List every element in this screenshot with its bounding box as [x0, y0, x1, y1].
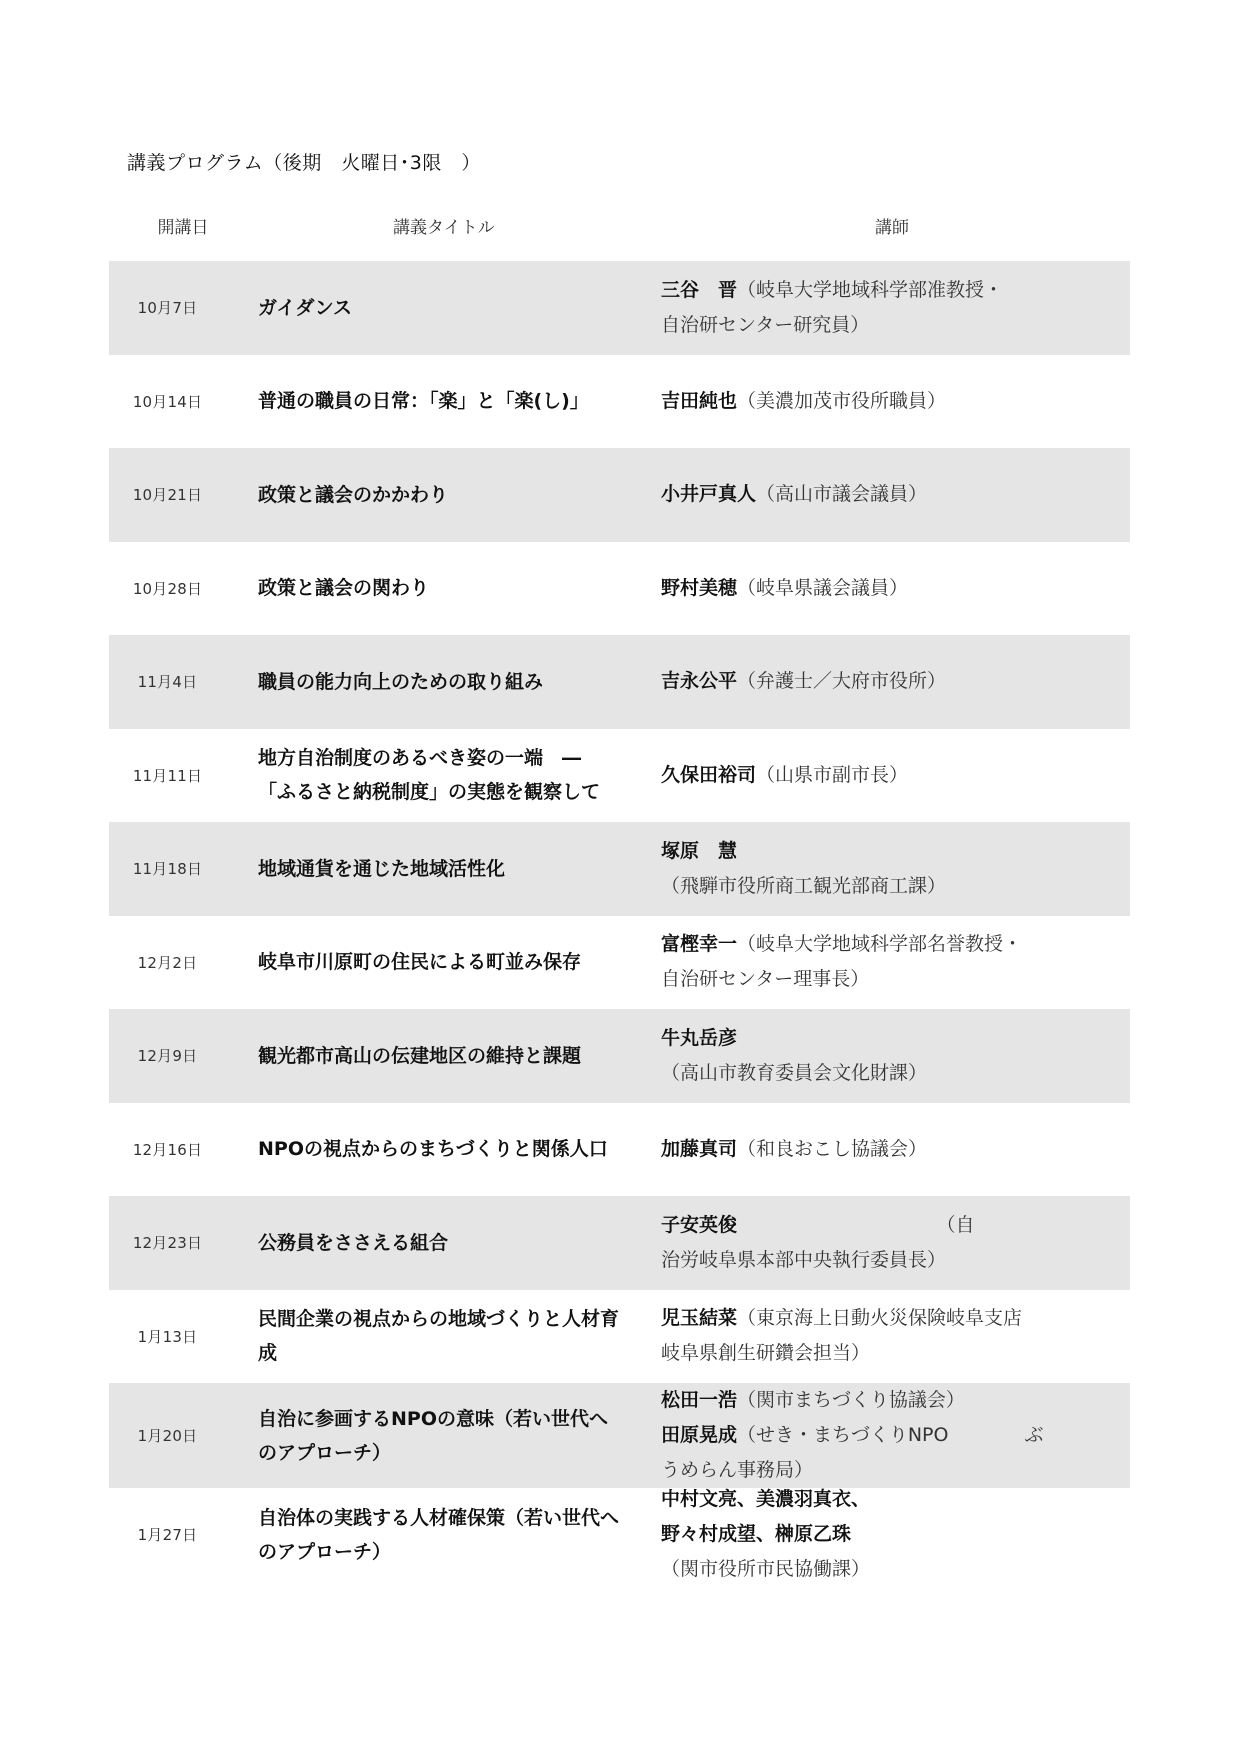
lecturer-line: 自治研センター研究員） — [661, 308, 1081, 343]
lecture-title: 岐阜市川原町の住民による町並み保存 — [258, 945, 618, 979]
lecture-title-line: 政策と議会のかかわり — [258, 478, 618, 512]
table-row: 1月20日自治に参画するNPOの意味（若い世代へのアプローチ）松田一浩（関市まち… — [109, 1383, 1130, 1488]
lecture-title: 公務員をささえる組合 — [258, 1226, 618, 1260]
lecture-title-line: 普通の職員の日常：「楽」と「楽(し)」 — [258, 384, 618, 418]
lecturer-cell: 塚原 慧（飛騨市役所商工観光部商工課） — [661, 834, 1081, 904]
lecturer-line: 吉永公平（弁護士／大府市役所） — [661, 664, 1081, 699]
lecturer-cell: 富樫幸一（岐阜大学地域科学部名誉教授・自治研センター理事長） — [661, 927, 1081, 997]
lecturer-name: 富樫幸一 — [661, 933, 737, 955]
lecturer-cell: 児玉結菜（東京海上日動火災保険岐阜支店岐阜県創生研鑽会担当） — [661, 1301, 1081, 1371]
lecture-title-line: 岐阜市川原町の住民による町並み保存 — [258, 945, 618, 979]
lecturer-affiliation: （高山市議会議員） — [756, 483, 927, 505]
lecture-date: 10月7日 — [109, 297, 226, 318]
lecturer-affiliation: （和良おこし協議会） — [737, 1138, 927, 1160]
lecture-date: 12月2日 — [109, 952, 226, 973]
lecturer-affiliation: （岐阜大学地域科学部准教授・ — [737, 279, 1003, 301]
lecturer-cell: 久保田裕司（山県市副市長） — [661, 758, 1081, 793]
lecturer-line: 小井戸真人（高山市議会議員） — [661, 477, 1081, 512]
lecturer-name: 野村美穂 — [661, 577, 737, 599]
lecturer-affiliation: （関市まちづくり協議会） — [737, 1389, 965, 1411]
lecturer-affiliation: （岐阜大学地域科学部名誉教授・ — [737, 933, 1022, 955]
lecturer-name: 塚原 慧 — [661, 840, 737, 862]
lecturer-name: 野々村成望、榊原乙珠 — [661, 1523, 851, 1545]
lecturer-line: 野々村成望、榊原乙珠 — [661, 1517, 1081, 1552]
lecturer-line: 加藤真司（和良おこし協議会） — [661, 1132, 1081, 1167]
lecture-date: 12月16日 — [109, 1139, 226, 1160]
table-row: 11月4日職員の能力向上のための取り組み吉永公平（弁護士／大府市役所） — [109, 635, 1130, 729]
lecture-title: 政策と議会のかかわり — [258, 478, 618, 512]
lecturer-affiliation: （飛騨市役所商工観光部商工課） — [661, 875, 946, 897]
lecture-title: 地域通貨を通じた地域活性化 — [258, 852, 618, 886]
lecture-title-line: のアプローチ） — [258, 1436, 618, 1470]
lecture-title-line: 地方自治制度のあるべき姿の一端 ― — [258, 741, 618, 775]
lecture-title: 地方自治制度のあるべき姿の一端 ―「ふるさと納税制度」の実態を観察して — [258, 741, 618, 809]
lecture-title: 自治体の実践する人材確保策（若い世代へのアプローチ） — [258, 1501, 618, 1569]
lecturer-line: 岐阜県創生研鑽会担当） — [661, 1336, 1081, 1371]
page-title: 講義プログラム（後期 火曜日･3限 ） — [127, 148, 481, 175]
lecturer-name: 小井戸真人 — [661, 483, 756, 505]
lecturer-cell: 吉永公平（弁護士／大府市役所） — [661, 664, 1081, 699]
lecturer-line: （関市役所市民協働課） — [661, 1552, 1081, 1587]
lecturer-affiliation: （岐阜県議会議員） — [737, 577, 908, 599]
lecture-title: 政策と議会の関わり — [258, 571, 618, 605]
lecturer-cell: 牛丸岳彦（高山市教育委員会文化財課） — [661, 1021, 1081, 1091]
column-header-date: 開講日 — [140, 213, 226, 238]
lecture-schedule-table: 10月7日ガイダンス三谷 晋（岐阜大学地域科学部准教授・自治研センター研究員）1… — [109, 261, 1130, 1582]
lecturer-line: 牛丸岳彦 — [661, 1021, 1081, 1056]
lecture-date: 1月13日 — [109, 1326, 226, 1347]
lecturer-line: 塚原 慧 — [661, 834, 1081, 869]
lecture-title-line: 「ふるさと納税制度」の実態を観察して — [258, 775, 618, 809]
lecturer-cell: 小井戸真人（高山市議会議員） — [661, 477, 1081, 512]
lecturer-line: 吉田純也（美濃加茂市役所職員） — [661, 384, 1081, 419]
table-row: 1月27日自治体の実践する人材確保策（若い世代へのアプローチ）中村文亮、美濃羽真… — [109, 1488, 1130, 1582]
lecture-date: 1月27日 — [109, 1524, 226, 1545]
lecturer-affiliation: （弁護士／大府市役所） — [737, 670, 946, 692]
lecture-date: 11月4日 — [109, 671, 226, 692]
lecturer-cell: 野村美穂（岐阜県議会議員） — [661, 571, 1081, 606]
table-row: 1月13日民間企業の視点からの地域づくりと人材育成児玉結菜（東京海上日動火災保険… — [109, 1290, 1130, 1384]
lecturer-affiliation: （高山市教育委員会文化財課） — [661, 1062, 927, 1084]
lecturer-affiliation: （美濃加茂市役所職員） — [737, 390, 946, 412]
table-row: 12月2日岐阜市川原町の住民による町並み保存富樫幸一（岐阜大学地域科学部名誉教授… — [109, 916, 1130, 1010]
table-row: 10月14日普通の職員の日常：「楽」と「楽(し)」吉田純也（美濃加茂市役所職員） — [109, 355, 1130, 449]
lecturer-cell: 三谷 晋（岐阜大学地域科学部准教授・自治研センター研究員） — [661, 273, 1081, 343]
lecturer-line: 三谷 晋（岐阜大学地域科学部准教授・ — [661, 273, 1081, 308]
lecture-title-line: 成 — [258, 1336, 618, 1370]
table-row: 10月28日政策と議会の関わり野村美穂（岐阜県議会議員） — [109, 542, 1130, 636]
lecture-title-line: 政策と議会の関わり — [258, 571, 618, 605]
column-header-title: 講義タイトル — [393, 213, 495, 238]
lecturer-affiliation: （山県市副市長） — [756, 764, 908, 786]
lecturer-name: 加藤真司 — [661, 1138, 737, 1160]
lecturer-cell: 加藤真司（和良おこし協議会） — [661, 1132, 1081, 1167]
lecture-title: 観光都市高山の伝建地区の維持と課題 — [258, 1039, 618, 1073]
lecture-date: 10月28日 — [109, 578, 226, 599]
lecturer-line: 田原晃成（せき・まちづくりNPO ぶ — [661, 1418, 1081, 1453]
lecturer-line: （高山市教育委員会文化財課） — [661, 1056, 1081, 1091]
lecture-title-line: 地域通貨を通じた地域活性化 — [258, 852, 618, 886]
lecturer-name: 児玉結菜 — [661, 1307, 737, 1329]
lecturer-name: 中村文亮、美濃羽真衣、 — [661, 1488, 870, 1510]
lecturer-line: 中村文亮、美濃羽真衣、 — [661, 1482, 1081, 1517]
lecturer-line: 治労岐阜県本部中央執行委員長） — [661, 1243, 1081, 1278]
lecture-date: 11月11日 — [109, 765, 226, 786]
lecturer-name: 田原晃成 — [661, 1424, 737, 1446]
lecture-title-line: NPOの視点からのまちづくりと関係人口 — [258, 1132, 618, 1166]
lecture-date: 10月21日 — [109, 484, 226, 505]
lecturer-line: 子安英俊 （自 — [661, 1208, 1081, 1243]
lecturer-affiliation: うめらん事務局） — [661, 1459, 813, 1481]
lecture-date: 12月23日 — [109, 1232, 226, 1253]
lecturer-line: 野村美穂（岐阜県議会議員） — [661, 571, 1081, 606]
lecturer-name: 牛丸岳彦 — [661, 1027, 737, 1049]
table-row: 12月16日NPOの視点からのまちづくりと関係人口加藤真司（和良おこし協議会） — [109, 1103, 1130, 1197]
lecturer-cell: 松田一浩（関市まちづくり協議会）田原晃成（せき・まちづくりNPO ぶうめらん事務… — [661, 1383, 1081, 1488]
table-row: 10月7日ガイダンス三谷 晋（岐阜大学地域科学部准教授・自治研センター研究員） — [109, 261, 1130, 355]
lecture-title-line: 自治体の実践する人材確保策（若い世代へ — [258, 1501, 618, 1535]
lecture-title-line: 職員の能力向上のための取り組み — [258, 665, 618, 699]
lecture-date: 12月9日 — [109, 1045, 226, 1066]
lecturer-affiliation: （関市役所市民協働課） — [661, 1558, 870, 1580]
lecturer-name: 吉田純也 — [661, 390, 737, 412]
lecture-title: NPOの視点からのまちづくりと関係人口 — [258, 1132, 618, 1166]
column-header-lecturer: 講師 — [875, 213, 909, 238]
lecturer-cell: 中村文亮、美濃羽真衣、野々村成望、榊原乙珠（関市役所市民協働課） — [661, 1482, 1081, 1587]
lecture-title-line: ガイダンス — [258, 291, 618, 325]
lecturer-affiliation: （自 — [737, 1214, 975, 1236]
lecturer-affiliation: 治労岐阜県本部中央執行委員長） — [661, 1249, 946, 1271]
lecture-date: 1月20日 — [109, 1425, 226, 1446]
lecturer-affiliation: （東京海上日動火災保険岐阜支店 — [737, 1307, 1022, 1329]
lecturer-line: 自治研センター理事長） — [661, 962, 1081, 997]
lecture-title-line: 公務員をささえる組合 — [258, 1226, 618, 1260]
lecturer-name: 三谷 晋 — [661, 279, 737, 301]
lecturer-line: 富樫幸一（岐阜大学地域科学部名誉教授・ — [661, 927, 1081, 962]
table-row: 12月9日観光都市高山の伝建地区の維持と課題牛丸岳彦（高山市教育委員会文化財課） — [109, 1009, 1130, 1103]
lecturer-line: 松田一浩（関市まちづくり協議会） — [661, 1383, 1081, 1418]
lecturer-name: 子安英俊 — [661, 1214, 737, 1236]
lecturer-cell: 吉田純也（美濃加茂市役所職員） — [661, 384, 1081, 419]
lecture-title: ガイダンス — [258, 291, 618, 325]
lecturer-affiliation: 岐阜県創生研鑽会担当） — [661, 1342, 870, 1364]
lecturer-name: 吉永公平 — [661, 670, 737, 692]
lecturer-line: 児玉結菜（東京海上日動火災保険岐阜支店 — [661, 1301, 1081, 1336]
lecture-title-line: 観光都市高山の伝建地区の維持と課題 — [258, 1039, 618, 1073]
lecture-date: 10月14日 — [109, 391, 226, 412]
lecturer-name: 松田一浩 — [661, 1389, 737, 1411]
lecture-title: 職員の能力向上のための取り組み — [258, 665, 618, 699]
lecture-title: 民間企業の視点からの地域づくりと人材育成 — [258, 1302, 618, 1370]
lecture-title-line: 自治に参画するNPOの意味（若い世代へ — [258, 1402, 618, 1436]
table-row: 11月18日地域通貨を通じた地域活性化塚原 慧（飛騨市役所商工観光部商工課） — [109, 822, 1130, 916]
table-row: 12月23日公務員をささえる組合子安英俊 （自治労岐阜県本部中央執行委員長） — [109, 1196, 1130, 1290]
lecture-title: 自治に参画するNPOの意味（若い世代へのアプローチ） — [258, 1402, 618, 1470]
lecturer-affiliation: （せき・まちづくりNPO ぶ — [737, 1424, 1043, 1446]
lecture-date: 11月18日 — [109, 858, 226, 879]
lecture-title: 普通の職員の日常：「楽」と「楽(し)」 — [258, 384, 618, 418]
lecture-title-line: 民間企業の視点からの地域づくりと人材育 — [258, 1302, 618, 1336]
lecturer-line: 久保田裕司（山県市副市長） — [661, 758, 1081, 793]
lecturer-affiliation: 自治研センター研究員） — [661, 314, 869, 336]
lecturer-name: 久保田裕司 — [661, 764, 756, 786]
lecturer-line: （飛騨市役所商工観光部商工課） — [661, 869, 1081, 904]
table-row: 10月21日政策と議会のかかわり小井戸真人（高山市議会議員） — [109, 448, 1130, 542]
lecturer-affiliation: 自治研センター理事長） — [661, 968, 869, 990]
table-row: 11月11日地方自治制度のあるべき姿の一端 ―「ふるさと納税制度」の実態を観察し… — [109, 729, 1130, 823]
lecture-title-line: のアプローチ） — [258, 1535, 618, 1569]
lecturer-cell: 子安英俊 （自治労岐阜県本部中央執行委員長） — [661, 1208, 1081, 1278]
